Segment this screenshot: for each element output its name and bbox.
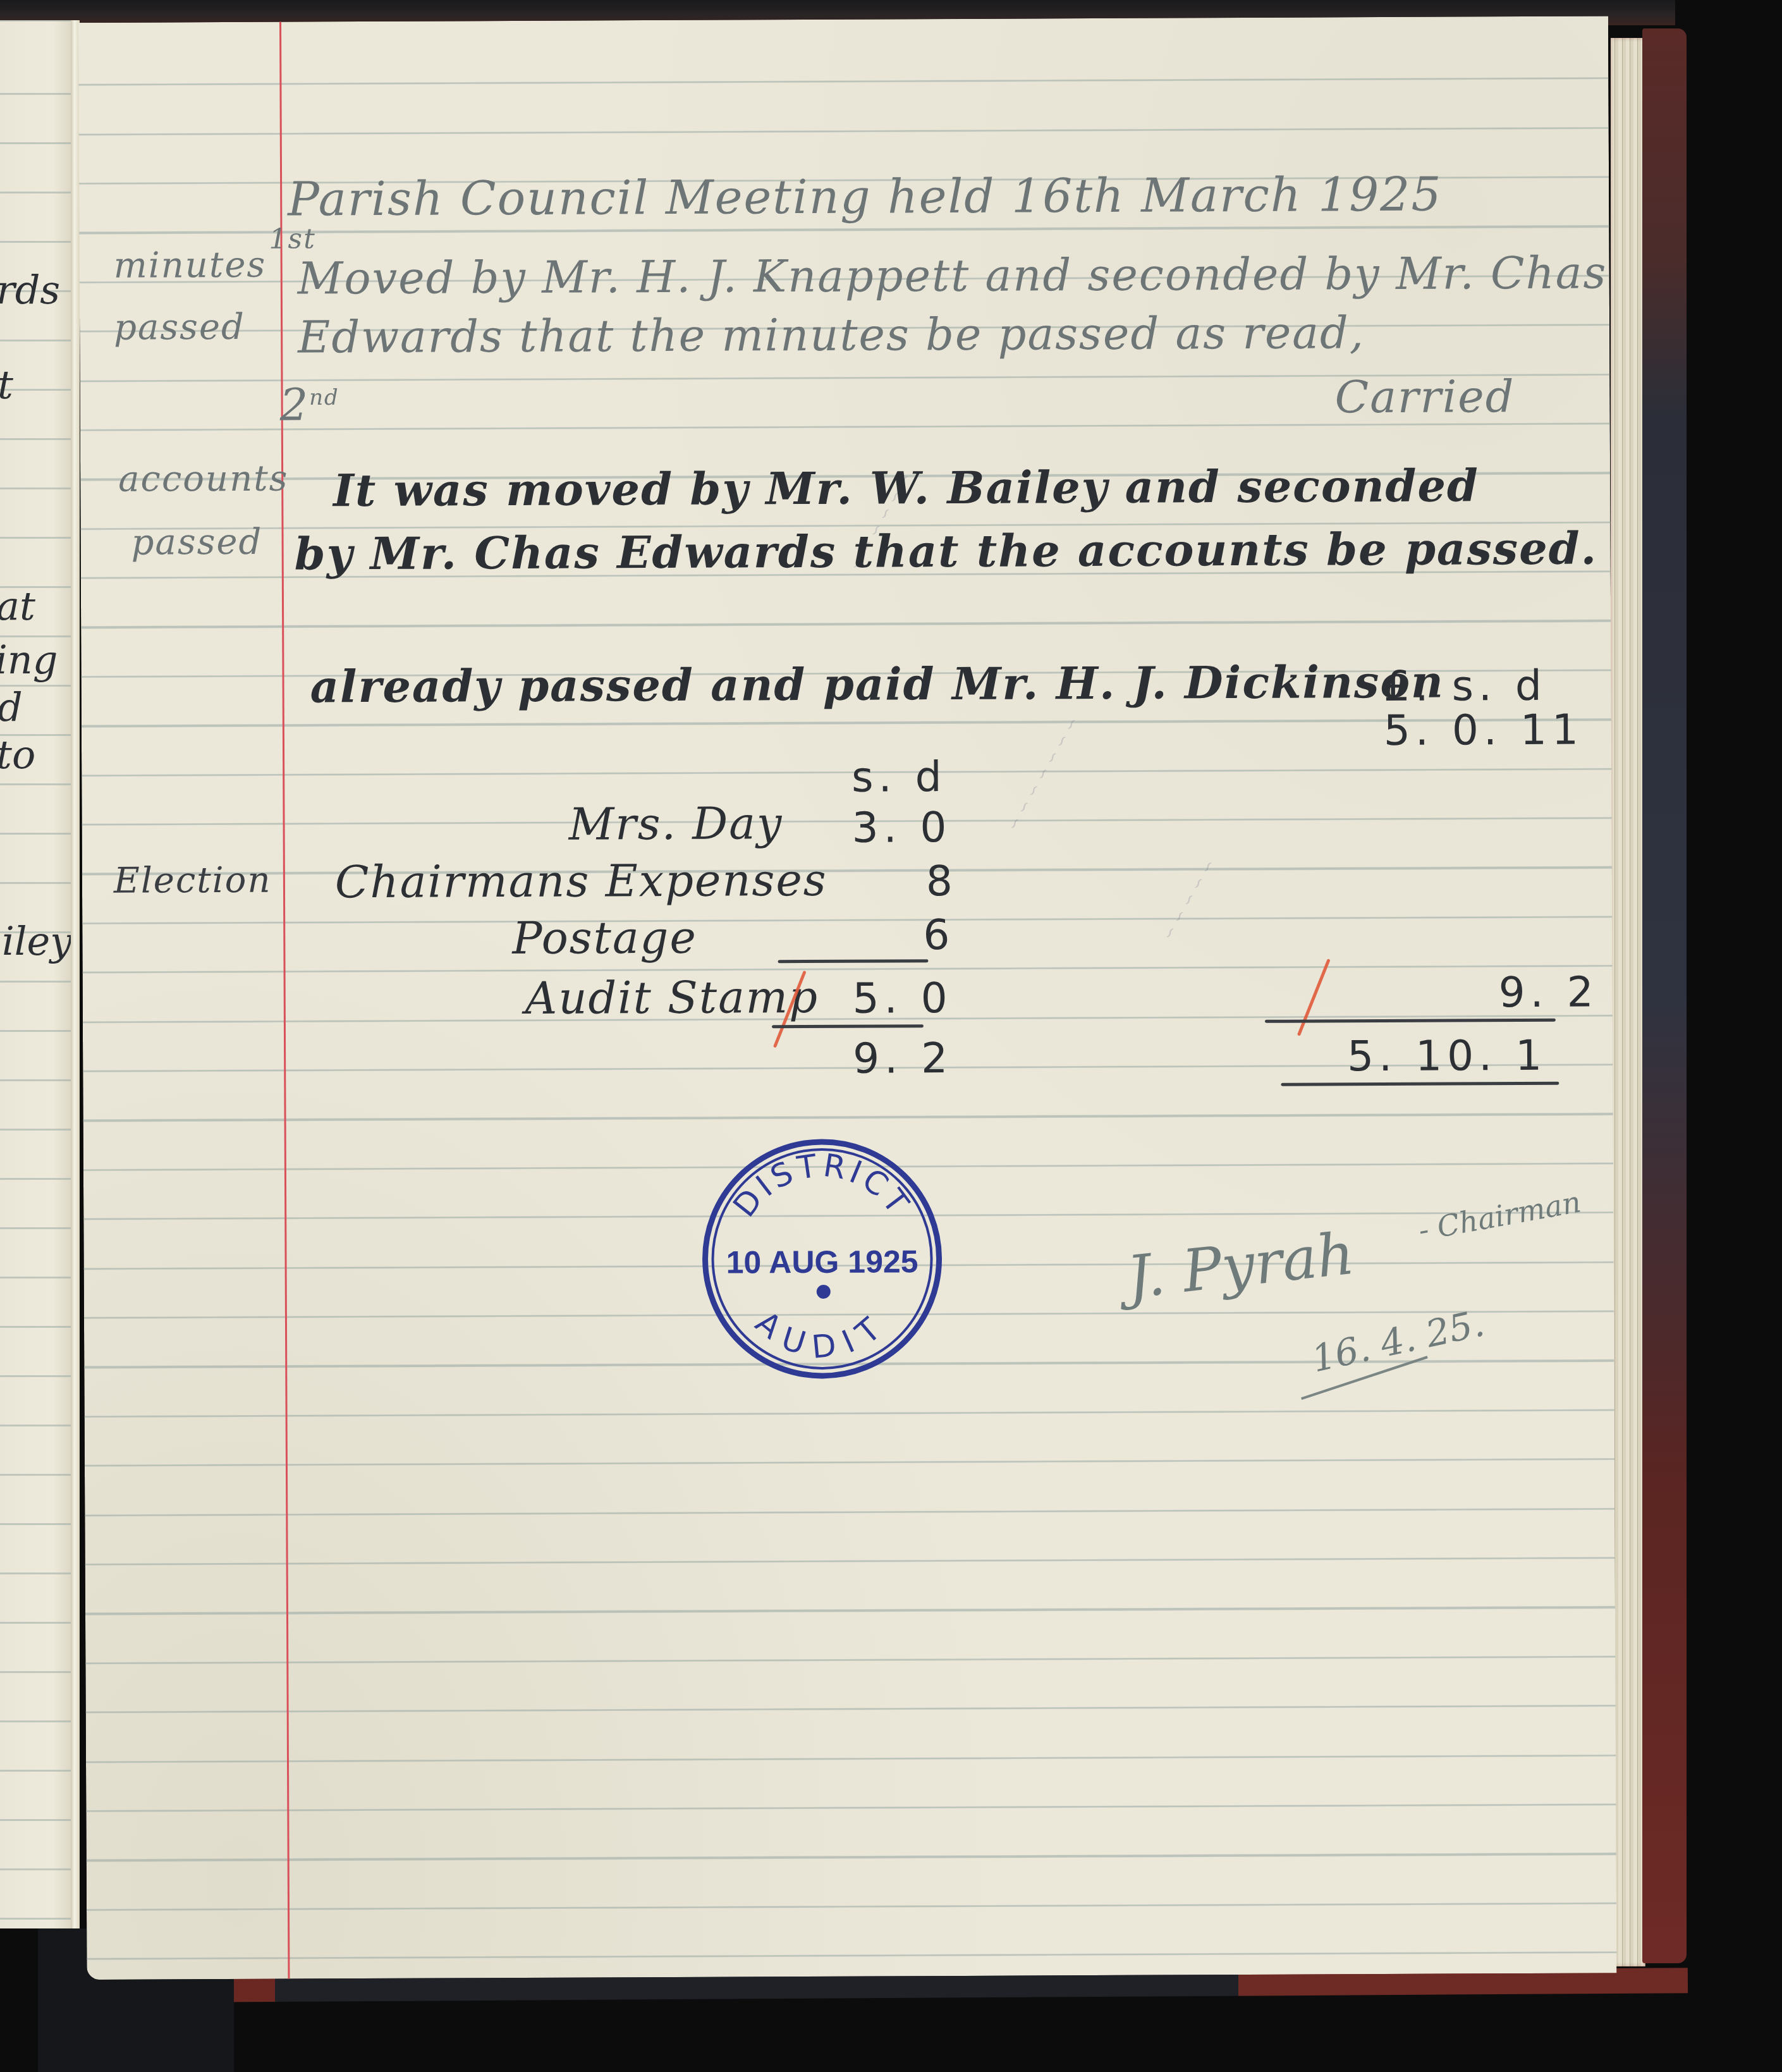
left-page-fragment: at: [0, 583, 35, 629]
grand-total: 5. 10. 1: [1347, 1031, 1547, 1081]
already-paid-label: already passed and paid Mr. H. J. Dickin…: [310, 656, 1444, 713]
item-label-postage: Postage: [512, 912, 697, 964]
left-page-fragment: ailey: [0, 918, 72, 964]
already-paid-amount: 5. 0. 11: [1384, 706, 1584, 755]
margin-note-minutes: minutes: [114, 245, 267, 286]
page-title: Parish Council Meeting held 16th March 1…: [288, 168, 1443, 227]
stamp-date: 10 AUG 1925: [726, 1244, 918, 1280]
resolution-2-line-2: by Mr. Chas Edwards that the accounts be…: [294, 522, 1597, 580]
item-label-mrs-day: Mrs. Day: [568, 797, 783, 850]
election-subtotal: 9. 2: [853, 1034, 953, 1083]
book-gutter: [71, 20, 80, 1968]
item-amount-chairmans-expenses: 8: [926, 857, 958, 905]
shillings-pence-header: s. d: [851, 752, 947, 802]
resolution-1-line-2: Edwards that the minutes be passed as re…: [298, 307, 1365, 363]
item-label-audit-stamp: Audit Stamp: [525, 971, 819, 1024]
item-amount-audit-stamp: 5. 0: [853, 974, 953, 1023]
stamp-top-text: DISTRICT: [726, 1146, 918, 1224]
book-cover-edge: [1642, 28, 1687, 1963]
margin-note-election: Election: [114, 860, 272, 902]
currency-column-header: £. s. d: [1383, 661, 1547, 711]
left-page: rds t at ing d to ailey: [0, 20, 76, 1968]
left-page-fragment: to: [0, 732, 35, 778]
ordinal-suffix: nd: [309, 385, 339, 410]
margin-note-accounts-passed: passed: [131, 522, 262, 563]
minute-book-page: ~ ~ ~ ~ ~ ~ ~ ~ ~ ~ ~ ~ ~ ~ ~ ~ ~ ~ Pari…: [78, 16, 1616, 1980]
left-page-fragment: t: [0, 362, 13, 408]
district-audit-stamp: DISTRICT AUDIT 10 AUG 1925: [695, 1132, 949, 1386]
resolution-1-outcome: Carried: [1334, 371, 1515, 423]
item-label-chairmans-expenses: Chairmans Expenses: [335, 854, 827, 908]
page-edges: [1611, 38, 1645, 1966]
margin-note-minutes-passed: passed: [114, 307, 245, 348]
margin-note-accounts: accounts: [118, 458, 288, 500]
svg-text:DISTRICT: DISTRICT: [726, 1146, 918, 1224]
stamp-seal-icon: DISTRICT AUDIT 10 AUG 1925: [695, 1132, 949, 1386]
ordinal-marker-second: 2nd: [279, 379, 339, 431]
item-amount-mrs-day: 3. 0: [851, 803, 951, 852]
ordinal-number: 2: [279, 379, 309, 431]
left-page-fragment: rds: [0, 267, 60, 313]
left-page-fragment: d: [0, 684, 23, 730]
carried-subtotal: 9. 2: [1499, 968, 1599, 1017]
underline-rule: [772, 1024, 924, 1028]
ordinal-marker-first: 1st: [269, 223, 315, 255]
item-amount-postage: 6: [923, 910, 955, 959]
underline-rule: [778, 959, 928, 963]
resolution-2-line-1: It was moved by Mr. W. Bailey and second…: [333, 459, 1479, 517]
resolution-1-line-1: Moved by Mr. H. J. Knappett and seconded…: [298, 247, 1608, 304]
left-page-fragment: ing: [0, 637, 58, 683]
